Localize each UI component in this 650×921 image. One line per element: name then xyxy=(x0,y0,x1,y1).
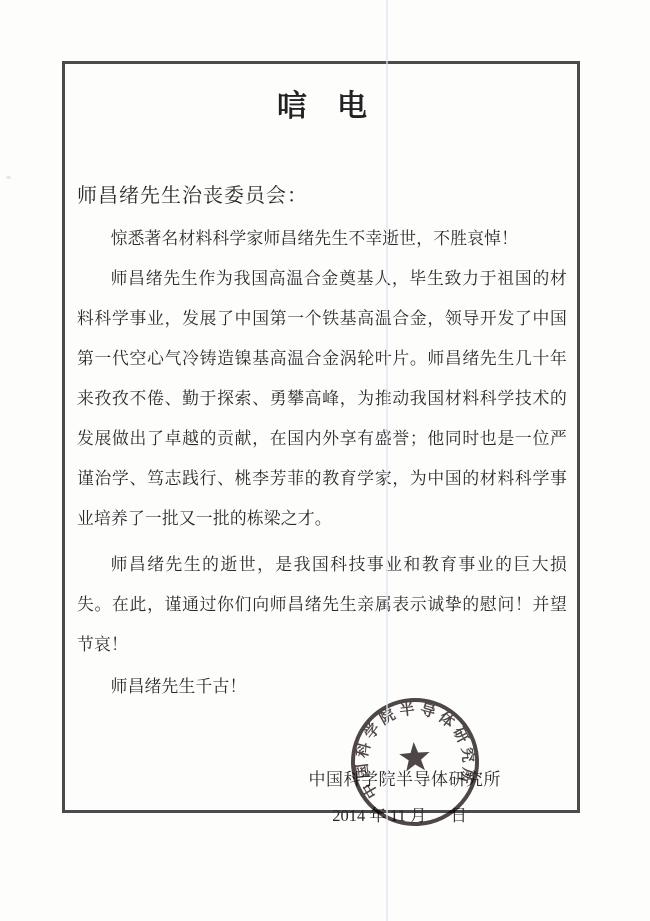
letter-body: 惊悉著名材料科学家师昌绪先生不幸逝世，不胜哀悼！ 师昌绪先生作为我国高温合金奠基… xyxy=(77,219,567,707)
signature-block: 中国科学院半导体研究所 2014 年 11 月日 xyxy=(77,769,567,827)
date-line: 2014 年 11 月日 xyxy=(77,805,567,827)
date-suffix: 日 xyxy=(451,806,468,825)
scanned-letter-page: 唁 电 师昌绪先生治丧委员会： 惊悉著名材料科学家师昌绪先生不幸逝世，不胜哀悼！… xyxy=(0,0,650,921)
seal-star-icon xyxy=(398,741,430,772)
salutation: 师昌绪先生治丧委员会： xyxy=(77,184,567,209)
letter-paragraph: 师昌绪先生作为我国高温合金奠基人，毕生致力于祖国的材料科学事业，发展了中国第一个… xyxy=(77,259,567,539)
signature-organization: 中国科学院半导体研究所 xyxy=(77,769,567,791)
letter-paragraph: 师昌绪先生的逝世，是我国科技事业和教育事业的巨大损失。在此，谨通过你们向师昌绪先… xyxy=(77,545,567,665)
letter-paragraph: 师昌绪先生千古！ xyxy=(77,667,567,707)
letter-content: 唁 电 师昌绪先生治丧委员会： 惊悉著名材料科学家师昌绪先生不幸逝世，不胜哀悼！… xyxy=(65,90,577,836)
letter-border-frame: 唁 电 师昌绪先生治丧委员会： 惊悉著名材料科学家师昌绪先生不幸逝世，不胜哀悼！… xyxy=(62,61,580,813)
scan-speck xyxy=(6,176,11,179)
letter-paragraph: 惊悉著名材料科学家师昌绪先生不幸逝世，不胜哀悼！ xyxy=(77,219,567,259)
date-prefix: 2014 年 11 月 xyxy=(332,806,426,825)
letter-title: 唁 电 xyxy=(77,90,567,124)
